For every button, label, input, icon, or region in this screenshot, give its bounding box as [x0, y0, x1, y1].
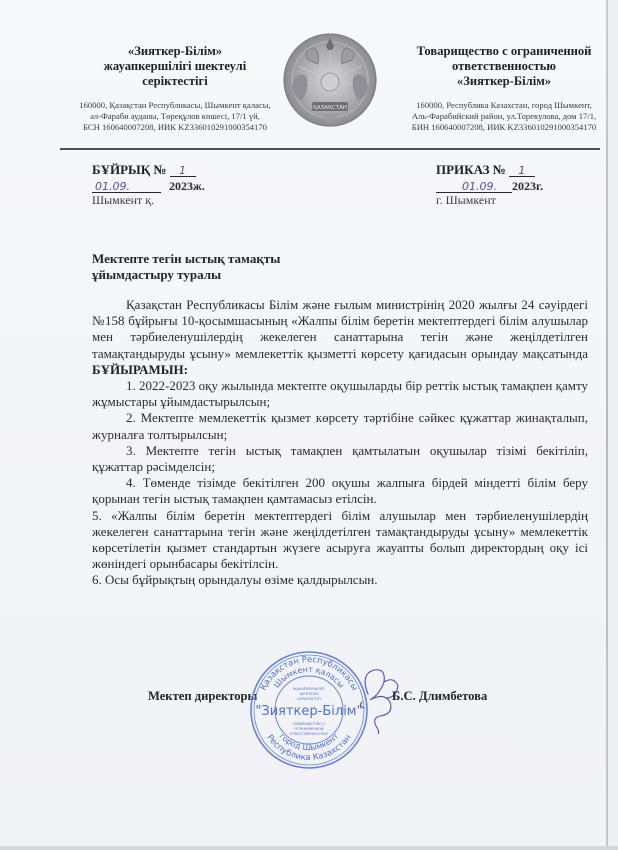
svg-text:ЖАУАПКЕРШІЛІГІ: ЖАУАПКЕРШІЛІГІ	[293, 687, 326, 691]
bank-details-line: БСН 160640007208, ИИК KZ3360102910003541…	[60, 122, 290, 133]
svg-text:ШЕКТЕУЛІ: ШЕКТЕУЛІ	[299, 692, 318, 696]
address-line: 160000, Қазақстан Республикасы, Шымкент …	[60, 100, 290, 111]
org-name-line: «Зияткер-Білім»	[390, 74, 618, 89]
svg-text:"Зияткер-Білім": "Зияткер-Білім"	[255, 704, 362, 719]
org-name-line: жауапкершілігі шектеулі	[60, 59, 290, 74]
handwritten-order-number: 1	[179, 164, 186, 177]
order-number-kz: БҰЙРЫҚ № 1 01.09.2023ж. Шымкент қ.	[92, 163, 205, 207]
order-item-4: 4. Төменде тізімде бекітілген 200 оқушы …	[92, 475, 588, 507]
decree-word: БҰЙЫРАМЫН:	[92, 362, 188, 377]
order-subject: Мектепте тегін ыстық тамақты ұйымдастыру…	[92, 251, 280, 283]
order-item-3: 3. Мектепте тегін ыстық тамақпен қамтыла…	[92, 443, 588, 475]
order-item-1: 1. 2022-2023 оқу жылында мектепте оқушыл…	[92, 378, 588, 410]
header-left-kz: «Зияткер-Білім» жауапкершілігі шектеулі …	[60, 44, 290, 133]
order-item-6: 6. Осы бұйрықтың орындалуы өзіме қалдыры…	[92, 572, 588, 588]
svg-text:ҚАЗАҚСТАН: ҚАЗАҚСТАН	[313, 105, 347, 111]
org-name-line: Товарищество с ограниченной	[390, 44, 618, 59]
order-title-ru: ПРИКАЗ №	[436, 162, 506, 177]
preamble-text: Қазақстан Республикасы Білім және ғылым …	[92, 297, 588, 361]
order-year-kz: 2023ж.	[169, 179, 205, 193]
handwritten-order-date: 01.09.	[462, 180, 497, 193]
order-item-2: 2. Мектепте мемлекеттік қызмет көрсету т…	[92, 410, 588, 442]
scan-bottom-edge	[0, 846, 618, 850]
order-city-kz: Шымкент қ.	[92, 193, 205, 207]
address-line: Аль-Фарабийский район, ул.Торекулова, до…	[390, 111, 618, 122]
svg-text:ОТВЕТСТВЕННОСТЬЮ: ОТВЕТСТВЕННОСТЬЮ	[290, 732, 329, 736]
subject-line: Мектепте тегін ыстық тамақты	[92, 251, 280, 267]
signatory-name: Б.С. Длимбетова	[392, 689, 487, 704]
order-title-kz: БҰЙРЫҚ №	[92, 162, 167, 177]
state-emblem-of-kazakhstan-icon: ҚАЗАҚСТАН	[280, 30, 380, 130]
signatory-position: Мектеп директоры	[148, 689, 257, 704]
org-name-line: «Зияткер-Білім»	[60, 44, 290, 59]
org-address-ru: 160000, Республика Казахстан, город Шымк…	[390, 100, 618, 133]
header-divider	[60, 148, 600, 150]
org-name-ru: Товарищество с ограниченной ответственно…	[390, 44, 618, 89]
order-body: Қазақстан Республикасы Білім және ғылым …	[92, 297, 588, 589]
org-address-kz: 160000, Қазақстан Республикасы, Шымкент …	[60, 100, 290, 133]
subject-line: ұйымдастыру туралы	[92, 267, 280, 283]
svg-text:ТОВАРИЩЕСТВО С: ТОВАРИЩЕСТВО С	[292, 722, 326, 726]
address-line: әл-Фараби ауданы, Төреқұлов көшесі, 17/1…	[60, 111, 290, 122]
header-right-ru: Товарищество с ограниченной ответственно…	[390, 44, 618, 133]
org-name-kz: «Зияткер-Білім» жауапкершілігі шектеулі …	[60, 44, 290, 89]
bank-details-line: БИН 160640007208, ИИК KZ3360102910003541…	[390, 122, 618, 133]
address-line: 160000, Республика Казахстан, город Шымк…	[390, 100, 618, 111]
order-city-ru: г. Шымкент	[436, 193, 543, 207]
org-name-line: серіктестігі	[60, 74, 290, 89]
svg-text:СЕРІКТЕСТІГІ: СЕРІКТЕСТІГІ	[297, 697, 321, 701]
handwritten-order-date: 01.09.	[95, 180, 130, 193]
order-item-5: 5. «Жалпы білім беретін мектептердегі бі…	[92, 508, 588, 573]
order-year-ru: 2023г.	[512, 179, 543, 193]
preamble-paragraph: Қазақстан Республикасы Білім және ғылым …	[92, 297, 588, 378]
svg-text:ОГРАНИЧЕННОЙ: ОГРАНИЧЕННОЙ	[295, 726, 324, 731]
order-number-ru: ПРИКАЗ № 1 01.09.2023г. г. Шымкент	[436, 163, 543, 207]
org-name-line: ответственностью	[390, 59, 618, 74]
handwritten-order-number: 1	[518, 164, 525, 177]
